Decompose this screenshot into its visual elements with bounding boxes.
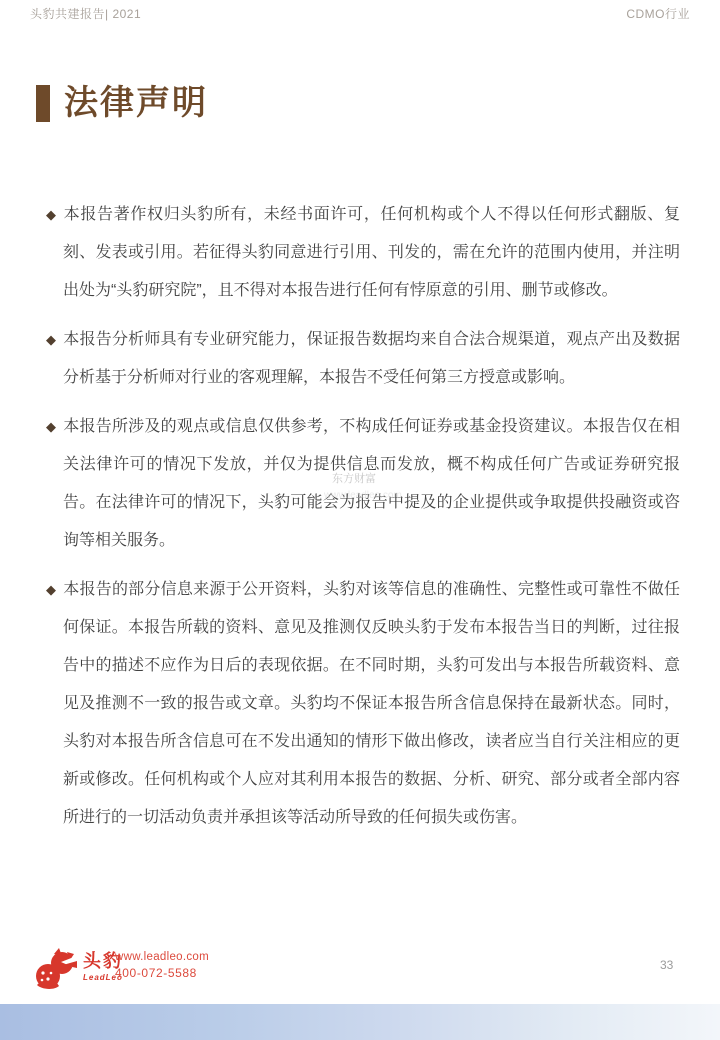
disclaimer-text: 本报告的部分信息来源于公开资料，头豹对该等信息的准确性、完整性或可靠性不做任何保… — [63, 581, 680, 826]
disclaimer-paragraph: ◆本报告所涉及的观点或信息仅供参考，不构成任何证券或基金投资建议。本报告仅在相关… — [46, 408, 680, 560]
page-title: 法律声明 — [64, 84, 208, 122]
diamond-bullet-icon: ◆ — [46, 321, 63, 359]
disclaimer-text: 本报告著作权归头豹所有，未经书面许可，任何机构或个人不得以任何形式翻版、复刻、发… — [63, 206, 680, 299]
diamond-bullet-icon: ◆ — [46, 196, 63, 234]
legal-disclaimer-body: ◆本报告著作权归头豹所有，未经书面许可，任何机构或个人不得以任何形式翻版、复刻、… — [46, 196, 680, 848]
report-page: 头豹共建报告| 2021 CDMO行业 法律声明 ◆本报告著作权归头豹所有，未经… — [0, 0, 720, 1040]
footer-accent-bar — [0, 1004, 720, 1040]
industry-label: CDMO行业 — [626, 5, 690, 22]
disclaimer-text: 本报告分析师具有专业研究能力，保证报告数据均来自合法合规渠道，观点产出及数据分析… — [63, 331, 680, 386]
footer-website: www.leadleo.com — [115, 949, 209, 965]
page-number: 33 — [660, 958, 673, 972]
disclaimer-paragraph: ◆本报告的部分信息来源于公开资料，头豹对该等信息的准确性、完整性或可靠性不做任何… — [46, 571, 680, 837]
report-series-label: 头豹共建报告| 2021 — [30, 5, 141, 22]
disclaimer-paragraph: ◆本报告著作权归头豹所有，未经书面许可，任何机构或个人不得以任何形式翻版、复刻、… — [46, 196, 680, 310]
title-accent-bar — [36, 85, 50, 122]
diamond-bullet-icon: ◆ — [46, 408, 63, 446]
footer-phone: 400-072-5588 — [115, 965, 209, 982]
disclaimer-text: 本报告所涉及的观点或信息仅供参考，不构成任何证券或基金投资建议。本报告仅在相关法… — [63, 418, 680, 549]
diamond-bullet-icon: ◆ — [46, 571, 63, 609]
title-row: 法律声明 — [36, 84, 208, 122]
contact-block: www.leadleo.com 400-072-5588 — [115, 949, 209, 982]
disclaimer-paragraph: ◆本报告分析师具有专业研究能力，保证报告数据均来自合法合规渠道，观点产出及数据分… — [46, 321, 680, 397]
leadleo-logo-icon — [33, 947, 79, 991]
